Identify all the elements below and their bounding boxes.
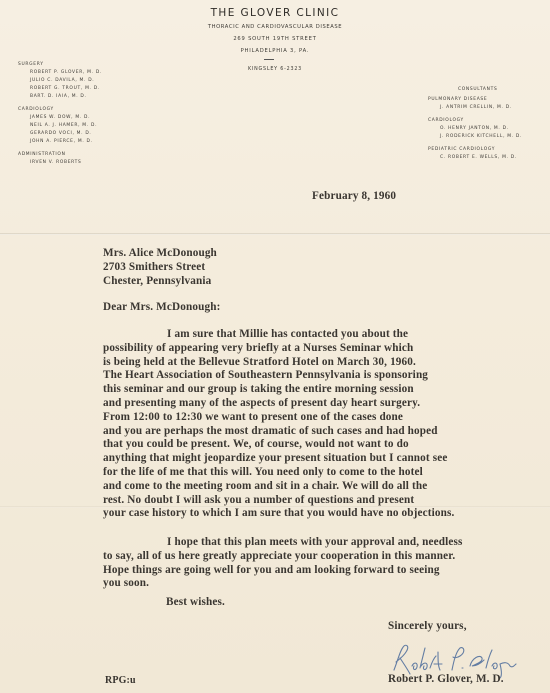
body-line: I am sure that Millie has contacted you …	[103, 328, 543, 342]
paragraph-1: I am sure that Millie has contacted you …	[103, 328, 543, 521]
body-line: your case history to which I am sure tha…	[103, 507, 543, 521]
body-line: Hope things are going well for you and a…	[103, 564, 543, 578]
staff-name: Julio C. Davila, M. D.	[18, 77, 102, 85]
body-line: and presenting many of the aspects of pr…	[103, 397, 543, 411]
staff-list-left: Surgery Robert P. Glover, M. D. Julio C.…	[18, 59, 102, 167]
body-line: anything that might jeopardize your pres…	[103, 452, 543, 466]
recipient-street: 2703 Smithers Street	[103, 260, 217, 274]
reference-initials: RPG:u	[105, 675, 136, 686]
department-heading: Administration	[18, 151, 102, 159]
staff-name: O. Henry Janton, M. D.	[428, 125, 522, 133]
department-heading: Surgery	[18, 61, 102, 69]
letter-date: February 8, 1960	[312, 190, 396, 202]
clinic-name: The Glover Clinic	[0, 7, 550, 19]
staff-name: John A. Pierce, M. D.	[18, 138, 102, 146]
letterhead-divider	[264, 59, 274, 60]
salutation: Dear Mrs. McDonough:	[103, 301, 220, 313]
staff-name: J. Roderick Kitchell, M. D.	[428, 133, 522, 141]
paragraph-2: I hope that this plan meets with your ap…	[103, 536, 543, 591]
body-line: I hope that this plan meets with your ap…	[103, 536, 543, 550]
department-heading: Cardiology	[428, 117, 522, 125]
complimentary-close: Sincerely yours,	[388, 620, 467, 632]
staff-name: Robert G. Trout, M. D.	[18, 85, 102, 93]
recipient-address: Mrs. Alice McDonough 2703 Smithers Stree…	[103, 246, 217, 288]
body-line: possibility of appearing very briefly at…	[103, 342, 543, 356]
body-line: and come to the meeting room and sit in …	[103, 480, 543, 494]
body-line: From 12:00 to 12:30 we want to present o…	[103, 411, 543, 425]
staff-name: Robert P. Glover, M. D.	[18, 69, 102, 77]
department-heading: Cardiology	[18, 106, 102, 114]
body-line: that you could be present. We, of course…	[103, 438, 543, 452]
department-heading: Pediatric Cardiology	[428, 146, 522, 154]
body-line: for the life of me that this will. You n…	[103, 466, 543, 480]
fold-line	[0, 233, 550, 235]
department-heading: Pulmonary Disease	[428, 96, 522, 104]
body-line: to say, all of us here greatly appreciat…	[103, 550, 543, 564]
body-line: is being held at the Bellevue Stratford …	[103, 356, 543, 370]
staff-name: Bart. D. Iaia, M. D.	[18, 93, 102, 101]
body-line: you soon.	[103, 577, 543, 591]
clinic-street: 269 South 19th Street	[0, 36, 550, 42]
body-line: rest. No doubt I will ask you a number o…	[103, 494, 543, 508]
body-line: and you are perhaps the most dramatic of…	[103, 425, 543, 439]
recipient-city: Chester, Pennsylvania	[103, 274, 217, 288]
staff-name: James W. Dow, M. D.	[18, 114, 102, 122]
consultants-heading: Consultants	[428, 86, 522, 94]
staff-name: Gerardo Voci, M. D.	[18, 130, 102, 138]
body-line: The Heart Association of Southeastern Pe…	[103, 369, 543, 383]
staff-name: Irven V. Roberts	[18, 159, 102, 167]
staff-name: J. Antrim Crellin, M. D.	[428, 104, 522, 112]
recipient-name: Mrs. Alice McDonough	[103, 246, 217, 260]
body-line: this seminar and our group is taking the…	[103, 383, 543, 397]
signer-name: Robert P. Glover, M. D.	[388, 673, 504, 685]
staff-name: C. Robert E. Wells, M. D.	[428, 154, 522, 162]
closing-line: Best wishes.	[166, 596, 225, 608]
staff-name: Neil A. J. Hamer, M. D.	[18, 122, 102, 130]
clinic-city: Philadelphia 3, Pa.	[0, 48, 550, 54]
staff-list-consultants: Consultants Pulmonary Disease J. Antrim …	[428, 86, 522, 162]
clinic-specialty: Thoracic and Cardiovascular Disease	[0, 24, 550, 30]
